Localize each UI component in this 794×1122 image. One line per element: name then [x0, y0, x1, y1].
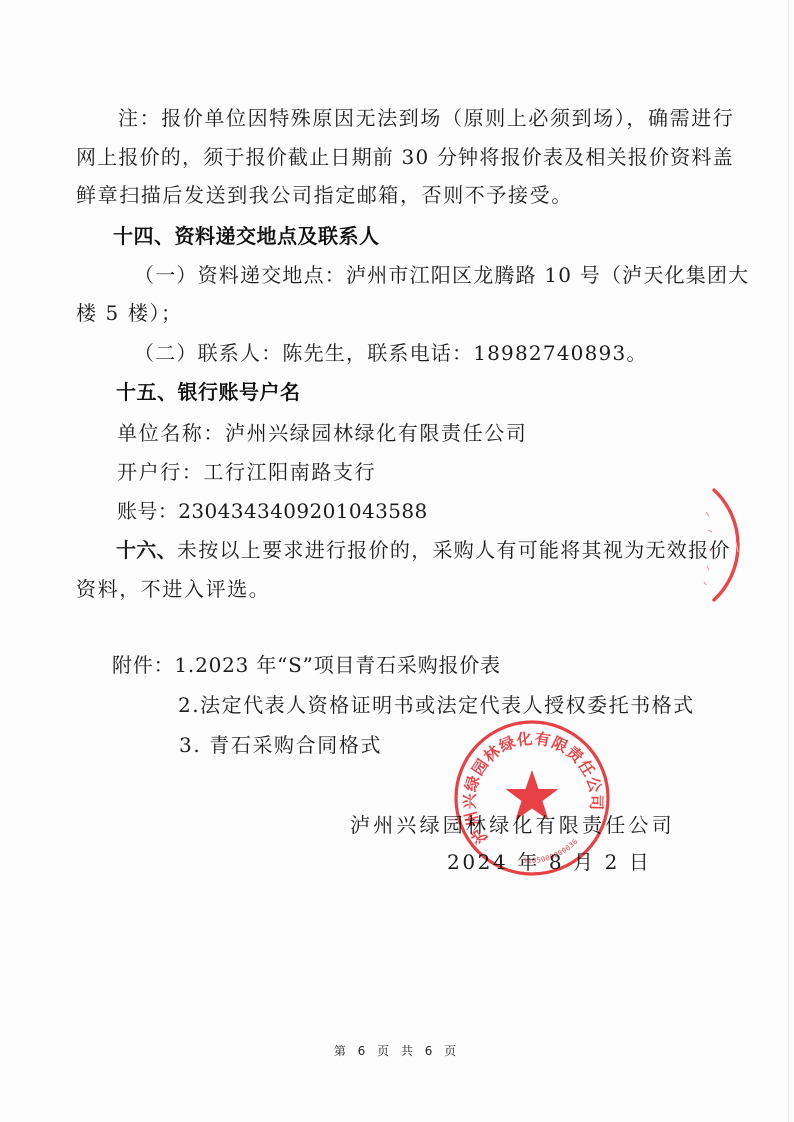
- bank-account-number: 账号：2304343409201043588: [117, 499, 428, 523]
- section-16-line-2: 资料，不进入评选。: [76, 577, 270, 601]
- page-footer: 第 6 页 共 6 页: [0, 1042, 794, 1059]
- section-16-line-1: 十六、未按以上要求进行报价的，采购人有可能将其视为无效报价: [116, 538, 731, 562]
- section-14-item-1-line-1: （一）资料递交地点：泸州市江阳区龙腾路 10 号（泸天化集团大: [134, 263, 749, 287]
- scan-edge-line: [788, 0, 789, 1122]
- attachments-label: 附件：: [112, 653, 174, 677]
- attachment-item-1: 1.2023 年“S”项目青石采购报价表: [174, 653, 501, 677]
- attachments-line-1: 附件：1.2023 年“S”项目青石采购报价表: [112, 653, 501, 677]
- section-14-heading: 十四、资料递交地点及联系人: [113, 224, 380, 248]
- attachment-item-2: 2.法定代表人资格证明书或法定代表人授权委托书格式: [178, 693, 695, 717]
- section-14-item-2: （二）联系人：陈先生，联系电话：18982740893。: [134, 341, 648, 365]
- section-16-text: 未按以上要求进行报价的，采购人有可能将其视为无效报价: [177, 538, 731, 562]
- section-15-heading: 十五、银行账号户名: [116, 380, 301, 404]
- signature-company: 泸州兴绿园林绿化有限责任公司: [350, 813, 675, 837]
- bank-branch: 开户行：工行江阳南路支行: [117, 460, 376, 484]
- note-line-1: 注：报价单位因特殊原因无法到场（原则上必须到场），确需进行: [118, 106, 734, 130]
- document-page: 注：报价单位因特殊原因无法到场（原则上必须到场），确需进行 网上报价的，须于报价…: [0, 0, 794, 1122]
- bank-unit-name: 单位名称：泸州兴绿园林绿化有限责任公司: [117, 421, 527, 445]
- note-line-3: 鲜章扫描后发送到我公司指定邮箱，否则不予接受。: [76, 183, 573, 207]
- section-14-item-1-line-2: 楼 5 楼）；: [76, 301, 183, 325]
- signature-date: 2024 年 8 月 2 日: [447, 850, 652, 874]
- note-line-2: 网上报价的，须于报价截止日期前 30 分钟将报价表及相关报价资料盖: [76, 145, 734, 169]
- attachment-item-3: 3. 青石采购合同格式: [179, 733, 382, 757]
- section-16-heading: 十六、: [116, 538, 177, 562]
